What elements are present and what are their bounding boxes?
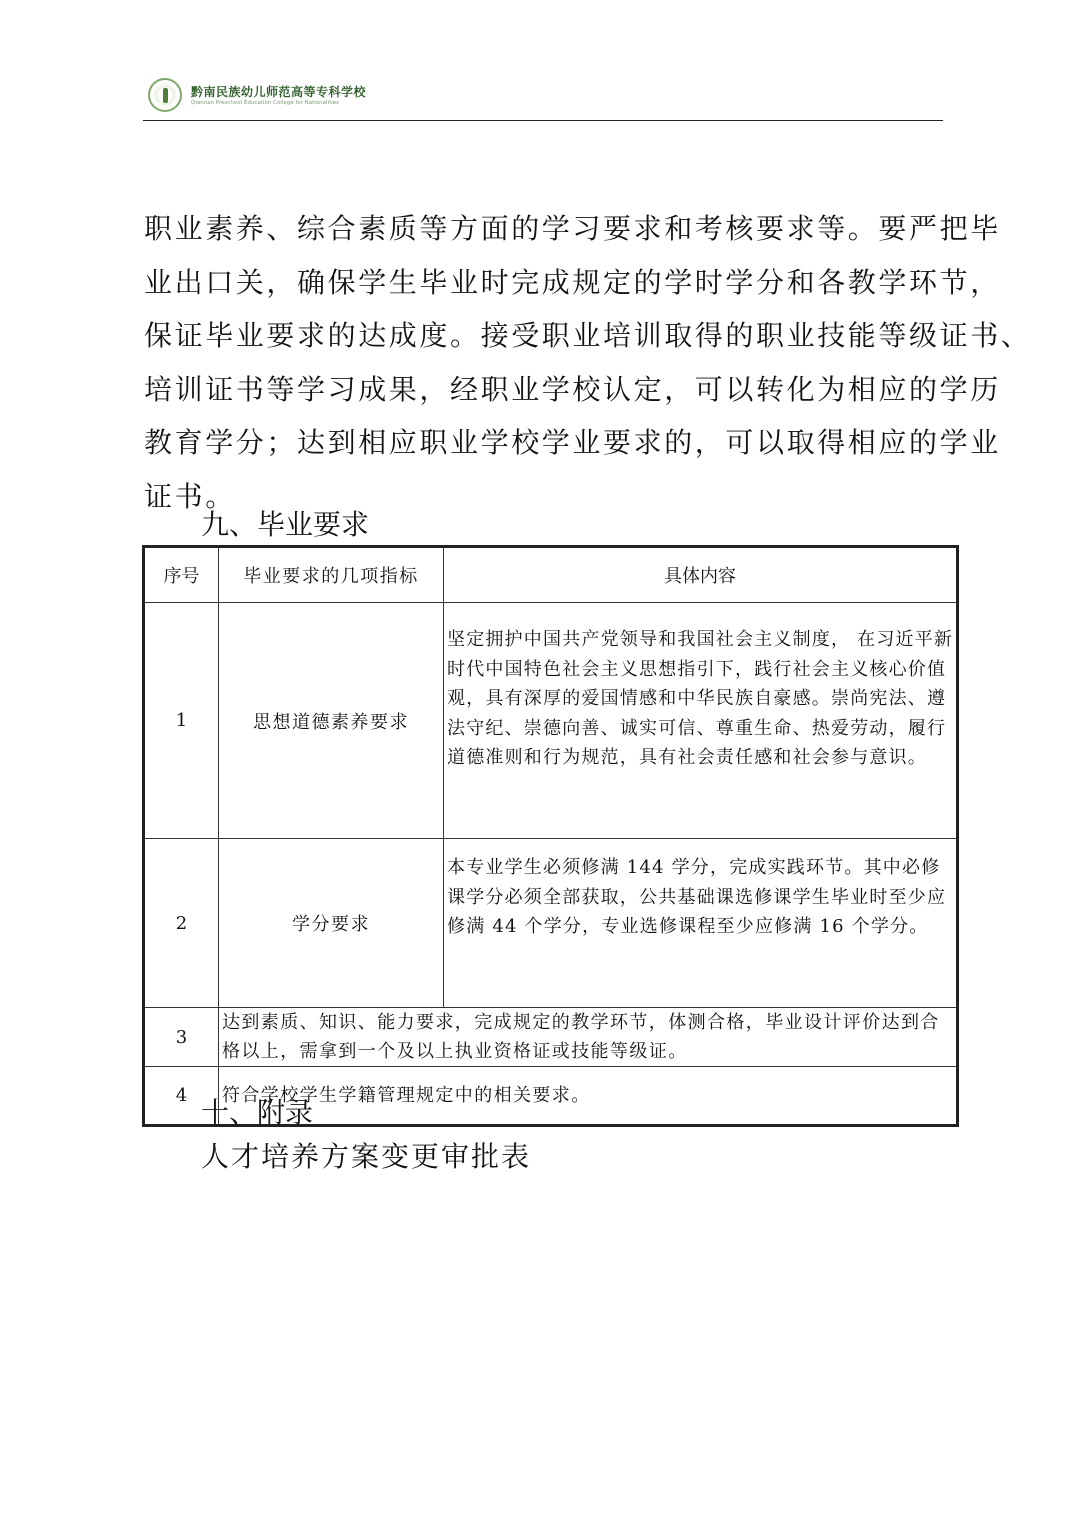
row-number: 1 — [144, 603, 219, 839]
table-header-row: 序号 毕业要求的几项指标 具体内容 — [144, 547, 958, 603]
column-header-content: 具体内容 — [444, 547, 958, 603]
paragraph-line: 保证毕业要求的达成度。接受职业培训取得的职业技能等级证书、 — [144, 309, 964, 363]
column-header-indicator: 毕业要求的几项指标 — [219, 547, 444, 603]
body-paragraph: 职业素养、综合素质等方面的学习要求和考核要求等。要严把毕 业出口关，确保学生毕业… — [144, 202, 964, 523]
section-heading-graduation-requirements: 九、毕业要求 — [201, 507, 369, 543]
page-header: 黔南民族幼儿师范高等专科学校 Qiannan Preschool Educati… — [143, 74, 943, 120]
paragraph-line: 职业素养、综合素质等方面的学习要求和考核要求等。要严把毕 — [144, 202, 964, 256]
school-name-en: Qiannan Preschool Education College for … — [191, 100, 339, 106]
row-number: 3 — [144, 1008, 219, 1067]
school-name-cn: 黔南民族幼儿师范高等专科学校 — [191, 83, 366, 100]
paragraph-line: 培训证书等学习成果，经职业学校认定，可以转化为相应的学历 — [144, 363, 964, 417]
row-content: 符合学校学生学籍管理规定中的相关要求。 — [219, 1067, 958, 1126]
appendix-item: 人才培养方案变更审批表 — [201, 1137, 531, 1177]
table-row: 2 学分要求 本专业学生必须修满 144 学分，完成实践环节。其中必修课学分必须… — [144, 839, 958, 1008]
row-indicator: 学分要求 — [219, 839, 444, 1008]
table-row: 3 达到素质、知识、能力要求，完成规定的教学环节，体测合格，毕业设计评价达到合格… — [144, 1008, 958, 1067]
row-content: 达到素质、知识、能力要求，完成规定的教学环节，体测合格，毕业设计评价达到合格以上… — [219, 1008, 958, 1067]
column-header-number: 序号 — [144, 547, 219, 603]
graduation-requirements-table: 序号 毕业要求的几项指标 具体内容 1 思想道德素养要求 坚定拥护中国共产党领导… — [142, 545, 959, 1127]
row-number: 2 — [144, 839, 219, 1008]
row-content: 本专业学生必须修满 144 学分，完成实践环节。其中必修课学分必须全部获取，公共… — [444, 839, 958, 1008]
row-content: 坚定拥护中国共产党领导和我国社会主义制度， 在习近平新时代中国特色社会主义思想指… — [444, 603, 958, 839]
row-indicator: 思想道德素养要求 — [219, 603, 444, 839]
table-row: 1 思想道德素养要求 坚定拥护中国共产党领导和我国社会主义制度， 在习近平新时代… — [144, 603, 958, 839]
school-emblem-icon — [148, 78, 182, 112]
header-divider — [143, 120, 943, 121]
section-heading-appendix: 十、附录 — [201, 1095, 313, 1131]
paragraph-line: 教育学分；达到相应职业学校学业要求的，可以取得相应的学业 — [144, 416, 964, 470]
paragraph-line: 业出口关，确保学生毕业时完成规定的学时学分和各教学环节， — [144, 256, 964, 310]
